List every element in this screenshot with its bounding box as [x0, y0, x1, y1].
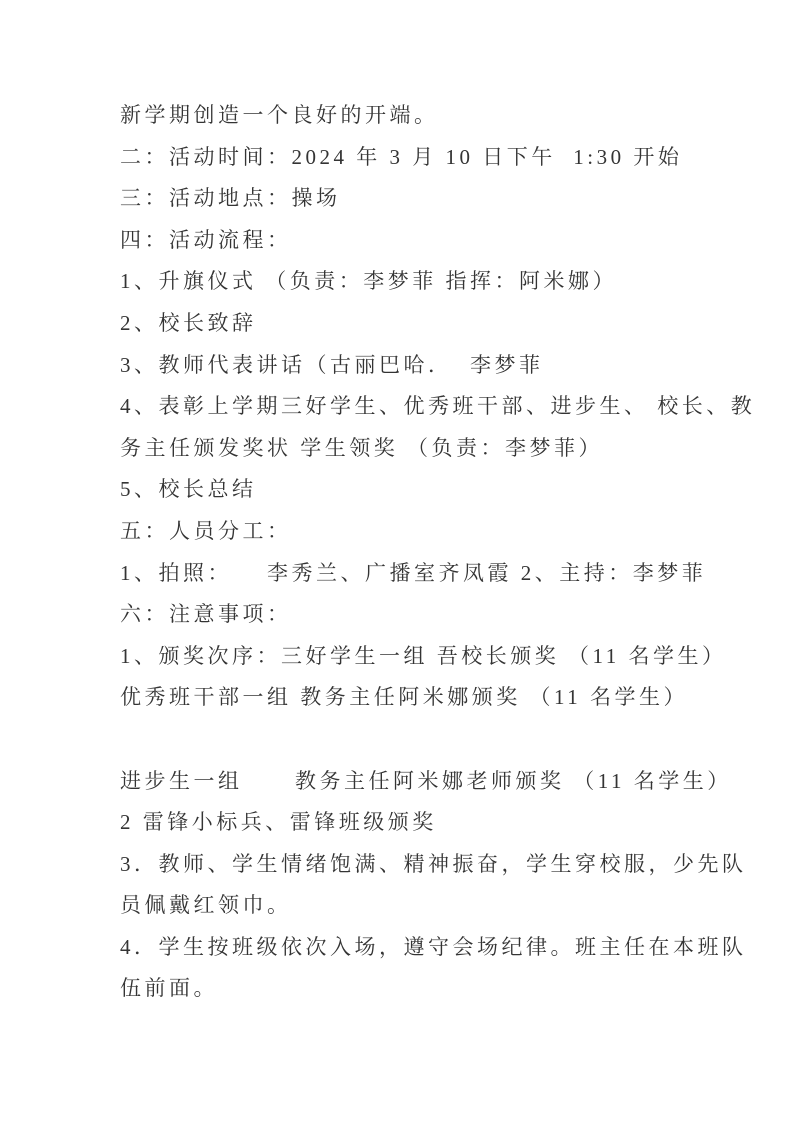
doc-line-award-order-1: 1、颁奖次序：三好学生一组 吾校长颁奖 （11 名学生）: [120, 636, 690, 678]
doc-line-award-order-2: 优秀班干部一组 教务主任阿米娜颁奖 （11 名学生）: [120, 677, 690, 719]
doc-line-flow-item-2: 2、校长致辞: [120, 303, 690, 345]
doc-line-note-4a: 4．学生按班级依次入场，遵守会场纪律。班主任在本班队: [120, 927, 690, 969]
doc-line-blank: [120, 719, 690, 761]
doc-line-activity-flow-heading: 四：活动流程：: [120, 220, 690, 262]
doc-line-staffing-heading: 五：人员分工：: [120, 511, 690, 553]
doc-line-note-4b: 伍前面。: [120, 968, 690, 1010]
doc-line-note-3b: 员佩戴红领巾。: [120, 885, 690, 927]
doc-line-note-3a: 3．教师、学生情绪饱满、精神振奋，学生穿校服，少先队: [120, 844, 690, 886]
doc-line-flow-item-4a: 4、表彰上学期三好学生、优秀班干部、进步生、 校长、教: [120, 386, 690, 428]
doc-line-staffing-item: 1、拍照： 李秀兰、广播室齐凤霞 2、主持：李梦菲: [120, 553, 690, 595]
document-viewport: { "page": { "background_color": "#ffffff…: [0, 0, 793, 1122]
document-text-block: 新学期创造一个良好的开端。 二：活动时间：2024 年 3 月 10 日下午 1…: [120, 95, 690, 1010]
doc-line-flow-item-4b: 务主任颁发奖状 学生领奖 （负责：李梦菲）: [120, 428, 690, 470]
doc-line-flow-item-5: 5、校长总结: [120, 469, 690, 511]
doc-line-award-order-4: 2 雷锋小标兵、雷锋班级颁奖: [120, 802, 690, 844]
doc-line-opening: 新学期创造一个良好的开端。: [120, 95, 690, 137]
doc-line-award-order-3: 进步生一组 教务主任阿米娜老师颁奖 （11 名学生）: [120, 761, 690, 803]
document-page: 新学期创造一个良好的开端。 二：活动时间：2024 年 3 月 10 日下午 1…: [0, 0, 793, 1122]
doc-line-activity-location: 三：活动地点：操场: [120, 178, 690, 220]
doc-line-activity-time: 二：活动时间：2024 年 3 月 10 日下午 1:30 开始: [120, 137, 690, 179]
doc-line-flow-item-1: 1、升旗仪式 （负责：李梦菲 指挥：阿米娜）: [120, 261, 690, 303]
doc-line-flow-item-3: 3、教师代表讲话（古丽巴哈． 李梦菲: [120, 345, 690, 387]
doc-line-notes-heading: 六：注意事项：: [120, 594, 690, 636]
